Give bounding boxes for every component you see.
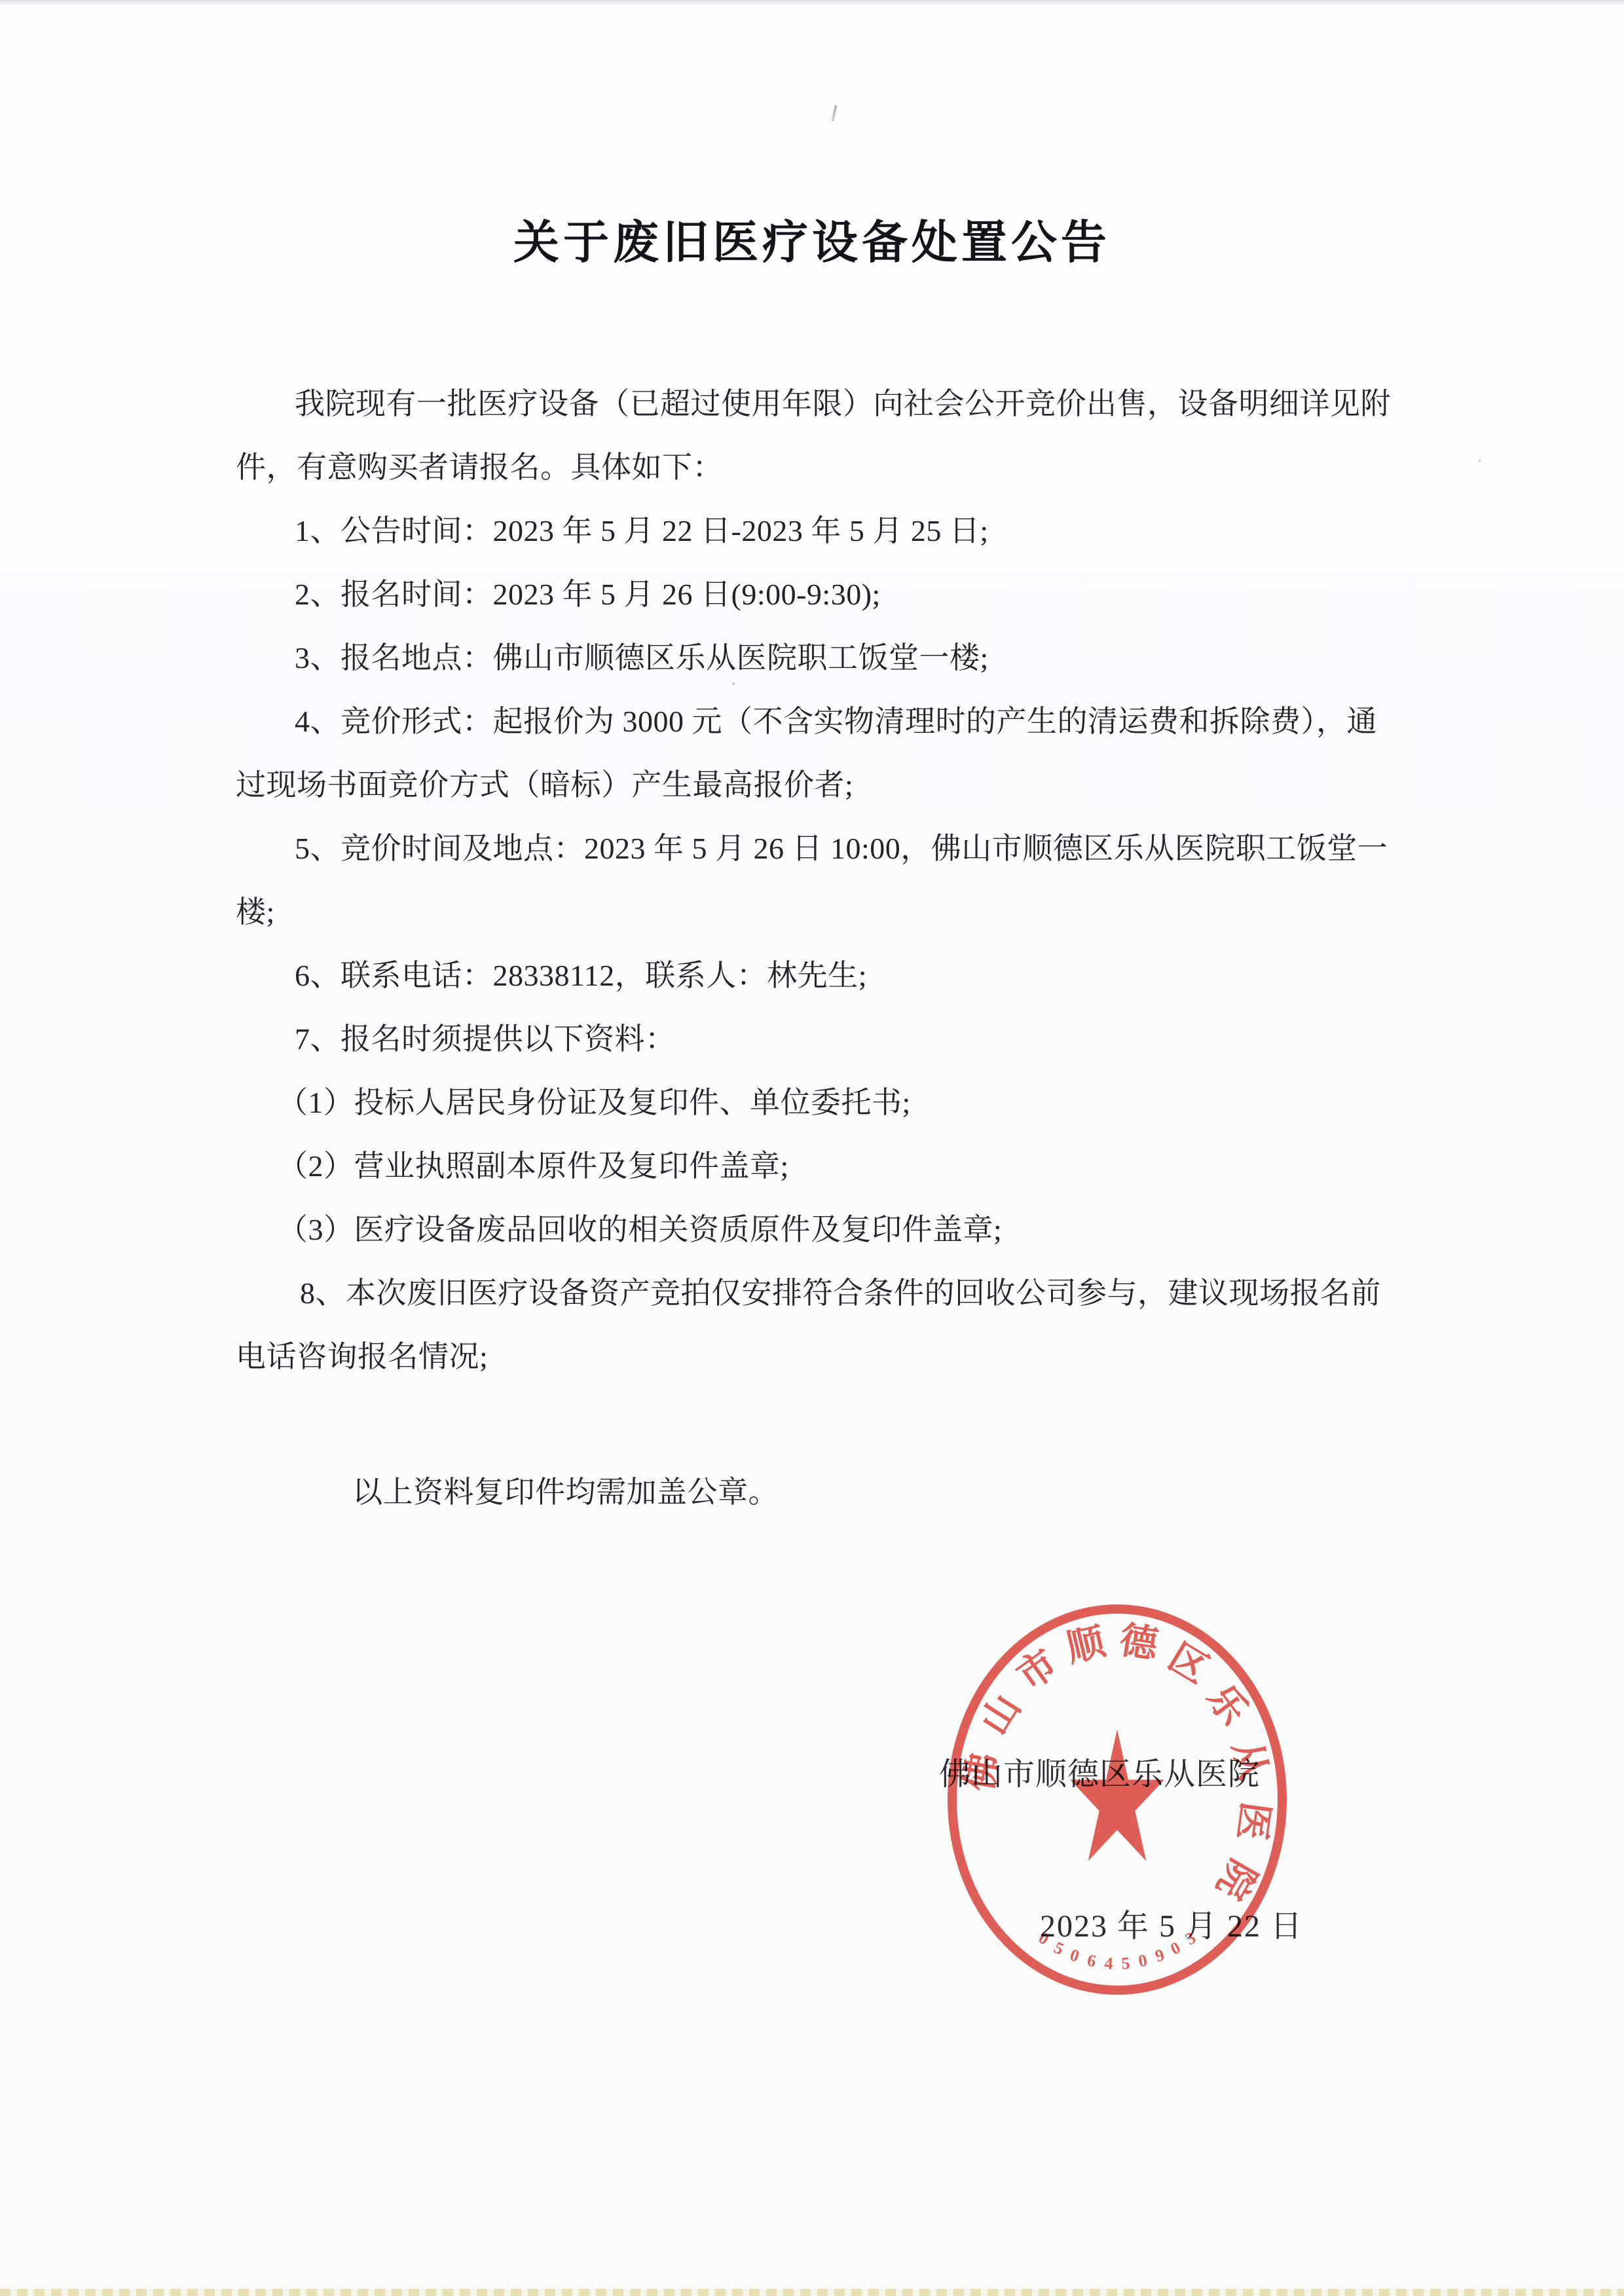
seal-org-arc-char: 从 xyxy=(1225,1737,1275,1784)
body-line: 1、公告时间：2023 年 5 月 22 日-2023 年 5 月 25 日; xyxy=(236,499,1396,563)
seal-code-digit: 5 xyxy=(1121,1953,1131,1973)
seal-code-digit: 0 xyxy=(1137,1951,1149,1971)
body-line: 电话咨询报名情况; xyxy=(236,1325,1396,1388)
body-line: 4、竞价形式：起报价为 3000 元（不含实物清理时的产生的清运费和拆除费），通 xyxy=(236,690,1396,753)
body-line: 我院现有一批医疗设备（已超过使用年限）向社会公开竞价出售，设备明细详见附 xyxy=(236,372,1396,435)
body-line: 8、本次废旧医疗设备资产竞拍仅安排符合条件的回收公司参与，建议现场报名前 xyxy=(236,1261,1396,1325)
body-line: 5、竞价时间及地点：2023 年 5 月 26 日 10:00，佛山市顺德区乐从… xyxy=(236,817,1396,880)
seal-org-arc-char: 德 xyxy=(1116,1618,1162,1667)
body-line: （1）投标人居民身份证及复印件、单位委托书; xyxy=(236,1071,1396,1134)
ink-speck xyxy=(1479,460,1481,462)
seal-code-digit: 9 xyxy=(1153,1945,1166,1966)
seal-code-digit: 0 xyxy=(1067,1945,1081,1966)
seal-code-digit: 0 xyxy=(1168,1938,1183,1959)
seal-code-digit: 6 xyxy=(1086,1951,1098,1971)
body-line: 6、联系电话：28338112，联系人：林先生; xyxy=(236,944,1396,1007)
body-line: （3）医疗设备废品回收的相关资质原件及复印件盖章; xyxy=(236,1198,1396,1261)
seal-org-arc-char: 医 xyxy=(1230,1800,1277,1843)
body-line: 过现场书面竞价方式（暗标）产生最高报价者; xyxy=(236,753,1396,817)
seal-code-digit: 5 xyxy=(1051,1938,1067,1959)
seal-code-digit: 3 xyxy=(1182,1928,1199,1948)
ink-speck xyxy=(831,105,837,122)
seal-org-arc-char: 顺 xyxy=(1062,1620,1109,1670)
scan-artifact-bottom xyxy=(0,2289,1624,2296)
scanned-document-page: 关于废旧医疗设备处置公告 我院现有一批医疗设备（已超过使用年限）向社会公开竞价出… xyxy=(0,0,1624,2296)
body-line: 2、报名时间：2023 年 5 月 26 日(9:00-9:30); xyxy=(236,563,1396,626)
body-line: 楼; xyxy=(236,880,1396,944)
closing-line: 以上资料复印件均需加盖公章。 xyxy=(236,1460,1513,1524)
official-seal: 佛 山 市 顺 德 区 乐 从 医 院 0 5 0 6 4 5 0 9 0 3 xyxy=(904,1585,1336,2017)
seal-org-arc-char: 佛 xyxy=(957,1750,1006,1794)
seal-code: 0 5 0 6 4 5 0 9 0 3 xyxy=(1035,1928,1199,1973)
body-line: 7、报名时须提供以下资料： xyxy=(236,1007,1396,1071)
body-line: （2）营业执照副本原件及复印件盖章; xyxy=(236,1134,1396,1198)
seal-code-digit: 0 xyxy=(1035,1928,1052,1948)
body-line: 3、报名地点：佛山市顺德区乐从医院职工饭堂一楼; xyxy=(236,626,1396,690)
page-title: 关于废旧医疗设备处置公告 xyxy=(0,214,1624,273)
body-line: 件，有意购买者请报名。具体如下： xyxy=(236,435,1396,499)
scan-artifact-top xyxy=(0,0,1624,6)
document-body: 我院现有一批医疗设备（已超过使用年限）向社会公开竞价出售，设备明细详见附 件，有… xyxy=(236,372,1396,1388)
seal-code-digit: 4 xyxy=(1104,1953,1114,1973)
star-icon xyxy=(1070,1730,1164,1861)
